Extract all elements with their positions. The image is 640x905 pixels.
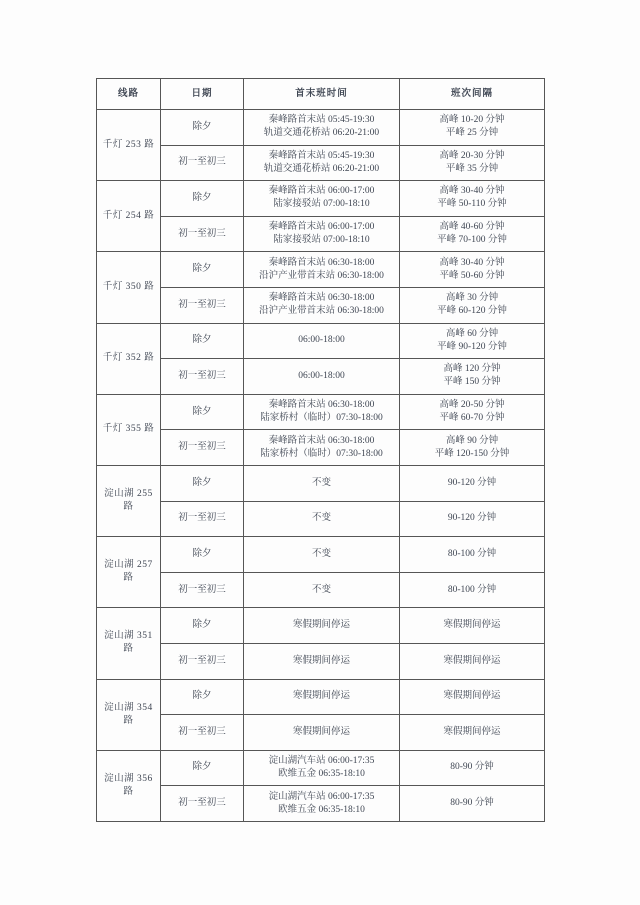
interval-line: 寒假期间停运 xyxy=(402,619,542,632)
time-line: 陆家接驳站 07:00-18:10 xyxy=(246,234,397,247)
table-row: 初一至初三秦峰路首末站 06:30-18:00陆家桥村（临时）07:30-18:… xyxy=(97,430,545,466)
interval-cell: 高峰 20-30 分钟平峰 35 分钟 xyxy=(400,145,545,181)
interval-cell: 高峰 30-40 分钟平峰 50-60 分钟 xyxy=(400,252,545,288)
table-row: 千灯 352 路除夕06:00-18:00高峰 60 分钟平峰 90-120 分… xyxy=(97,323,545,359)
interval-line: 高峰 40-60 分钟 xyxy=(402,221,542,234)
table-row: 初一至初三寒假期间停运寒假期间停运 xyxy=(97,715,545,751)
time-line: 秦峰路首末站 05:45-19:30 xyxy=(246,114,397,127)
time-line: 秦峰路首末站 05:45-19:30 xyxy=(246,150,397,163)
first-last-times-cell: 秦峰路首末站 06:30-18:00沿沪产业带首末站 06:30-18:00 xyxy=(244,252,400,288)
date-cell: 初一至初三 xyxy=(161,430,244,466)
interval-line: 高峰 10-20 分钟 xyxy=(402,114,542,127)
date-cell: 初一至初三 xyxy=(161,359,244,395)
date-cell: 初一至初三 xyxy=(161,715,244,751)
interval-cell: 寒假期间停运 xyxy=(400,679,545,715)
time-line: 不变 xyxy=(246,512,397,525)
interval-cell: 寒假期间停运 xyxy=(400,608,545,644)
first-last-times-cell: 淀山湖汽车站 06:00-17:35欧维五金 06:35-18:10 xyxy=(244,786,400,822)
route-name: 淀山湖 354 路 xyxy=(97,679,161,750)
interval-line: 寒假期间停运 xyxy=(402,655,542,668)
route-name: 千灯 253 路 xyxy=(97,110,161,181)
date-cell: 除夕 xyxy=(161,394,244,430)
date-cell: 除夕 xyxy=(161,252,244,288)
time-line: 欧维五金 06:35-18:10 xyxy=(246,804,397,817)
interval-cell: 高峰 30-40 分钟平峰 50-110 分钟 xyxy=(400,181,545,217)
first-last-times-cell: 秦峰路首末站 06:00-17:00陆家接驳站 07:00-18:10 xyxy=(244,216,400,252)
route-name: 千灯 254 路 xyxy=(97,181,161,252)
time-line: 不变 xyxy=(246,477,397,490)
first-last-times-cell: 不变 xyxy=(244,501,400,537)
time-line: 寒假期间停运 xyxy=(246,690,397,703)
time-line: 寒假期间停运 xyxy=(246,619,397,632)
time-line: 轨道交通花桥站 06:20-21:00 xyxy=(246,163,397,176)
time-line: 欧维五金 06:35-18:10 xyxy=(246,768,397,781)
interval-line: 高峰 20-30 分钟 xyxy=(402,150,542,163)
date-cell: 初一至初三 xyxy=(161,786,244,822)
date-cell: 初一至初三 xyxy=(161,643,244,679)
first-last-times-cell: 06:00-18:00 xyxy=(244,323,400,359)
date-cell: 除夕 xyxy=(161,608,244,644)
table-row: 千灯 355 路除夕秦峰路首末站 06:30-18:00陆家桥村（临时）07:3… xyxy=(97,394,545,430)
time-line: 秦峰路首末站 06:30-18:00 xyxy=(246,435,397,448)
first-last-times-cell: 寒假期间停运 xyxy=(244,643,400,679)
date-cell: 除夕 xyxy=(161,537,244,573)
table-row: 淀山湖 351 路除夕寒假期间停运寒假期间停运 xyxy=(97,608,545,644)
table-row: 初一至初三秦峰路首末站 06:30-18:00沿沪产业带首末站 06:30-18… xyxy=(97,287,545,323)
interval-cell: 寒假期间停运 xyxy=(400,643,545,679)
table-row: 初一至初三寒假期间停运寒假期间停运 xyxy=(97,643,545,679)
time-line: 秦峰路首末站 06:00-17:00 xyxy=(246,221,397,234)
time-line: 寒假期间停运 xyxy=(246,655,397,668)
interval-line: 高峰 30-40 分钟 xyxy=(402,257,542,270)
table-row: 初一至初三06:00-18:00高峰 120 分钟平峰 150 分钟 xyxy=(97,359,545,395)
time-line: 06:00-18:00 xyxy=(246,370,397,383)
interval-line: 高峰 120 分钟 xyxy=(402,363,542,376)
time-line: 陆家接驳站 07:00-18:10 xyxy=(246,198,397,211)
date-cell: 除夕 xyxy=(161,750,244,786)
time-line: 陆家桥村（临时）07:30-18:00 xyxy=(246,448,397,461)
time-line: 秦峰路首末站 06:30-18:00 xyxy=(246,399,397,412)
route-name: 淀山湖 255 路 xyxy=(97,465,161,536)
first-last-times-cell: 寒假期间停运 xyxy=(244,715,400,751)
interval-line: 高峰 90 分钟 xyxy=(402,435,542,448)
time-line: 淀山湖汽车站 06:00-17:35 xyxy=(246,755,397,768)
time-line: 秦峰路首末站 06:30-18:00 xyxy=(246,292,397,305)
interval-line: 90-120 分钟 xyxy=(402,512,542,525)
route-name: 千灯 352 路 xyxy=(97,323,161,394)
interval-cell: 80-100 分钟 xyxy=(400,572,545,608)
interval-cell: 90-120 分钟 xyxy=(400,465,545,501)
interval-line: 平峰 50-60 分钟 xyxy=(402,270,542,283)
date-cell: 除夕 xyxy=(161,181,244,217)
interval-line: 80-90 分钟 xyxy=(402,761,542,774)
column-header: 线路 xyxy=(97,79,161,110)
time-line: 陆家桥村（临时）07:30-18:00 xyxy=(246,412,397,425)
table-row: 淀山湖 356 路除夕淀山湖汽车站 06:00-17:35欧维五金 06:35-… xyxy=(97,750,545,786)
first-last-times-cell: 寒假期间停运 xyxy=(244,679,400,715)
date-cell: 初一至初三 xyxy=(161,287,244,323)
interval-line: 80-100 分钟 xyxy=(402,584,542,597)
first-last-times-cell: 秦峰路首末站 06:30-18:00沿沪产业带首末站 06:30-18:00 xyxy=(244,287,400,323)
time-line: 秦峰路首末站 06:30-18:00 xyxy=(246,257,397,270)
interval-line: 高峰 30-40 分钟 xyxy=(402,185,542,198)
first-last-times-cell: 不变 xyxy=(244,537,400,573)
route-name: 千灯 350 路 xyxy=(97,252,161,323)
first-last-times-cell: 秦峰路首末站 05:45-19:30轨道交通花桥站 06:20-21:00 xyxy=(244,110,400,146)
first-last-times-cell: 秦峰路首末站 05:45-19:30轨道交通花桥站 06:20-21:00 xyxy=(244,145,400,181)
table-row: 初一至初三秦峰路首末站 06:00-17:00陆家接驳站 07:00-18:10… xyxy=(97,216,545,252)
header-row: 线路日期首末班时间班次间隔 xyxy=(97,79,545,110)
table-row: 淀山湖 255 路除夕不变90-120 分钟 xyxy=(97,465,545,501)
interval-line: 平峰 25 分钟 xyxy=(402,127,542,140)
table-row: 初一至初三不变90-120 分钟 xyxy=(97,501,545,537)
table-row: 千灯 253 路除夕秦峰路首末站 05:45-19:30轨道交通花桥站 06:2… xyxy=(97,110,545,146)
interval-cell: 80-100 分钟 xyxy=(400,537,545,573)
interval-cell: 80-90 分钟 xyxy=(400,750,545,786)
column-header: 班次间隔 xyxy=(400,79,545,110)
interval-line: 80-100 分钟 xyxy=(402,548,542,561)
interval-line: 平峰 90-120 分钟 xyxy=(402,341,542,354)
first-last-times-cell: 淀山湖汽车站 06:00-17:35欧维五金 06:35-18:10 xyxy=(244,750,400,786)
time-line: 寒假期间停运 xyxy=(246,726,397,739)
table-row: 千灯 350 路除夕秦峰路首末站 06:30-18:00沿沪产业带首末站 06:… xyxy=(97,252,545,288)
date-cell: 初一至初三 xyxy=(161,501,244,537)
route-name: 千灯 355 路 xyxy=(97,394,161,465)
time-line: 不变 xyxy=(246,548,397,561)
interval-cell: 高峰 120 分钟平峰 150 分钟 xyxy=(400,359,545,395)
interval-line: 平峰 70-100 分钟 xyxy=(402,234,542,247)
column-header: 日期 xyxy=(161,79,244,110)
interval-line: 平峰 60-70 分钟 xyxy=(402,412,542,425)
table-row: 初一至初三秦峰路首末站 05:45-19:30轨道交通花桥站 06:20-21:… xyxy=(97,145,545,181)
interval-line: 高峰 30 分钟 xyxy=(402,292,542,305)
time-line: 沿沪产业带首末站 06:30-18:00 xyxy=(246,270,397,283)
date-cell: 初一至初三 xyxy=(161,572,244,608)
time-line: 淀山湖汽车站 06:00-17:35 xyxy=(246,791,397,804)
first-last-times-cell: 秦峰路首末站 06:00-17:00陆家接驳站 07:00-18:10 xyxy=(244,181,400,217)
table-row: 淀山湖 257 路除夕不变80-100 分钟 xyxy=(97,537,545,573)
date-cell: 除夕 xyxy=(161,679,244,715)
interval-cell: 高峰 30 分钟平峰 60-120 分钟 xyxy=(400,287,545,323)
interval-line: 高峰 20-50 分钟 xyxy=(402,399,542,412)
page: 线路日期首末班时间班次间隔 千灯 253 路除夕秦峰路首末站 05:45-19:… xyxy=(0,0,640,905)
interval-line: 平峰 35 分钟 xyxy=(402,163,542,176)
table-row: 千灯 254 路除夕秦峰路首末站 06:00-17:00陆家接驳站 07:00-… xyxy=(97,181,545,217)
time-line: 轨道交通花桥站 06:20-21:00 xyxy=(246,127,397,140)
bus-schedule-table: 线路日期首末班时间班次间隔 千灯 253 路除夕秦峰路首末站 05:45-19:… xyxy=(96,78,545,822)
interval-line: 寒假期间停运 xyxy=(402,726,542,739)
table-row: 初一至初三淀山湖汽车站 06:00-17:35欧维五金 06:35-18:108… xyxy=(97,786,545,822)
interval-line: 平峰 150 分钟 xyxy=(402,376,542,389)
first-last-times-cell: 不变 xyxy=(244,572,400,608)
interval-cell: 高峰 10-20 分钟平峰 25 分钟 xyxy=(400,110,545,146)
first-last-times-cell: 不变 xyxy=(244,465,400,501)
interval-cell: 高峰 60 分钟平峰 90-120 分钟 xyxy=(400,323,545,359)
date-cell: 除夕 xyxy=(161,110,244,146)
interval-line: 90-120 分钟 xyxy=(402,477,542,490)
route-name: 淀山湖 351 路 xyxy=(97,608,161,679)
time-line: 沿沪产业带首末站 06:30-18:00 xyxy=(246,305,397,318)
table-body: 千灯 253 路除夕秦峰路首末站 05:45-19:30轨道交通花桥站 06:2… xyxy=(97,110,545,822)
time-line: 不变 xyxy=(246,584,397,597)
table-row: 初一至初三不变80-100 分钟 xyxy=(97,572,545,608)
date-cell: 除夕 xyxy=(161,323,244,359)
interval-line: 寒假期间停运 xyxy=(402,690,542,703)
interval-line: 平峰 50-110 分钟 xyxy=(402,198,542,211)
column-header: 首末班时间 xyxy=(244,79,400,110)
interval-cell: 寒假期间停运 xyxy=(400,715,545,751)
first-last-times-cell: 秦峰路首末站 06:30-18:00陆家桥村（临时）07:30-18:00 xyxy=(244,430,400,466)
interval-cell: 高峰 20-50 分钟平峰 60-70 分钟 xyxy=(400,394,545,430)
time-line: 06:00-18:00 xyxy=(246,334,397,347)
interval-cell: 高峰 40-60 分钟平峰 70-100 分钟 xyxy=(400,216,545,252)
date-cell: 除夕 xyxy=(161,465,244,501)
route-name: 淀山湖 356 路 xyxy=(97,750,161,821)
interval-line: 80-90 分钟 xyxy=(402,797,542,810)
first-last-times-cell: 秦峰路首末站 06:30-18:00陆家桥村（临时）07:30-18:00 xyxy=(244,394,400,430)
interval-cell: 高峰 90 分钟平峰 120-150 分钟 xyxy=(400,430,545,466)
date-cell: 初一至初三 xyxy=(161,145,244,181)
time-line: 秦峰路首末站 06:00-17:00 xyxy=(246,185,397,198)
table-header: 线路日期首末班时间班次间隔 xyxy=(97,79,545,110)
interval-line: 平峰 120-150 分钟 xyxy=(402,448,542,461)
first-last-times-cell: 06:00-18:00 xyxy=(244,359,400,395)
first-last-times-cell: 寒假期间停运 xyxy=(244,608,400,644)
interval-line: 平峰 60-120 分钟 xyxy=(402,305,542,318)
route-name: 淀山湖 257 路 xyxy=(97,537,161,608)
table-row: 淀山湖 354 路除夕寒假期间停运寒假期间停运 xyxy=(97,679,545,715)
interval-cell: 80-90 分钟 xyxy=(400,786,545,822)
date-cell: 初一至初三 xyxy=(161,216,244,252)
interval-cell: 90-120 分钟 xyxy=(400,501,545,537)
interval-line: 高峰 60 分钟 xyxy=(402,328,542,341)
